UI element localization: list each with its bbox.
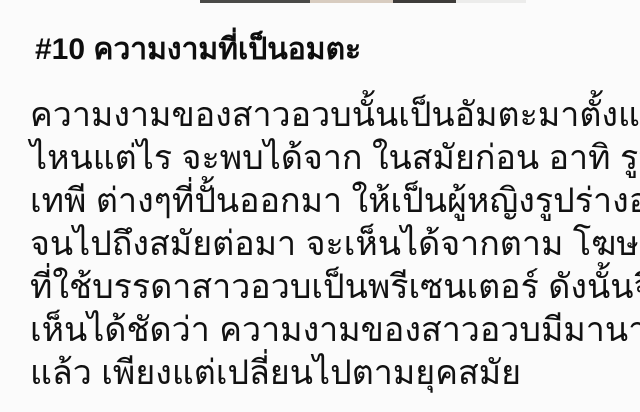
cropped-image-edge-segment (393, 0, 456, 3)
page-title: #10 ความงามที่เป็นอมตะ (35, 28, 630, 72)
text-image-page: #10 ความงามที่เป็นอมตะ ความงามของสาวอวบน… (0, 0, 640, 412)
cropped-image-edge-segment (456, 0, 526, 3)
body-line-2: ไหนแต่ไร จะพบได้จาก ในสมัยก่อน อาทิ รูปป… (30, 137, 634, 180)
body-line-3: เทพี ต่างๆที่ปั้นออกมา ให้เป็นผู้หญิงรูป… (30, 180, 634, 223)
body-line-7: แล้ว เพียงแต่เปลี่ยนไปตามยุคสมัย (30, 352, 634, 395)
body-line-4: จนไปถึงสมัยต่อมา จะเห็นได้จากตาม โฆษณา (30, 223, 634, 266)
body-line-5: ที่ใช้บรรดาสาวอวบเป็นพรีเซนเตอร์ ดังนั้น… (30, 266, 634, 309)
cropped-image-edge-segment (310, 0, 393, 3)
body-line-6: เห็นได้ชัดว่า ความงามของสาวอวบมีมานาน (30, 309, 634, 352)
body-paragraph: ความงามของสาวอวบนั้นเป็นอัมตะมาตั้งแต่ ไ… (30, 94, 634, 395)
body-line-1: ความงามของสาวอวบนั้นเป็นอัมตะมาตั้งแต่ (30, 94, 634, 137)
cropped-image-edge-segment (200, 0, 310, 3)
